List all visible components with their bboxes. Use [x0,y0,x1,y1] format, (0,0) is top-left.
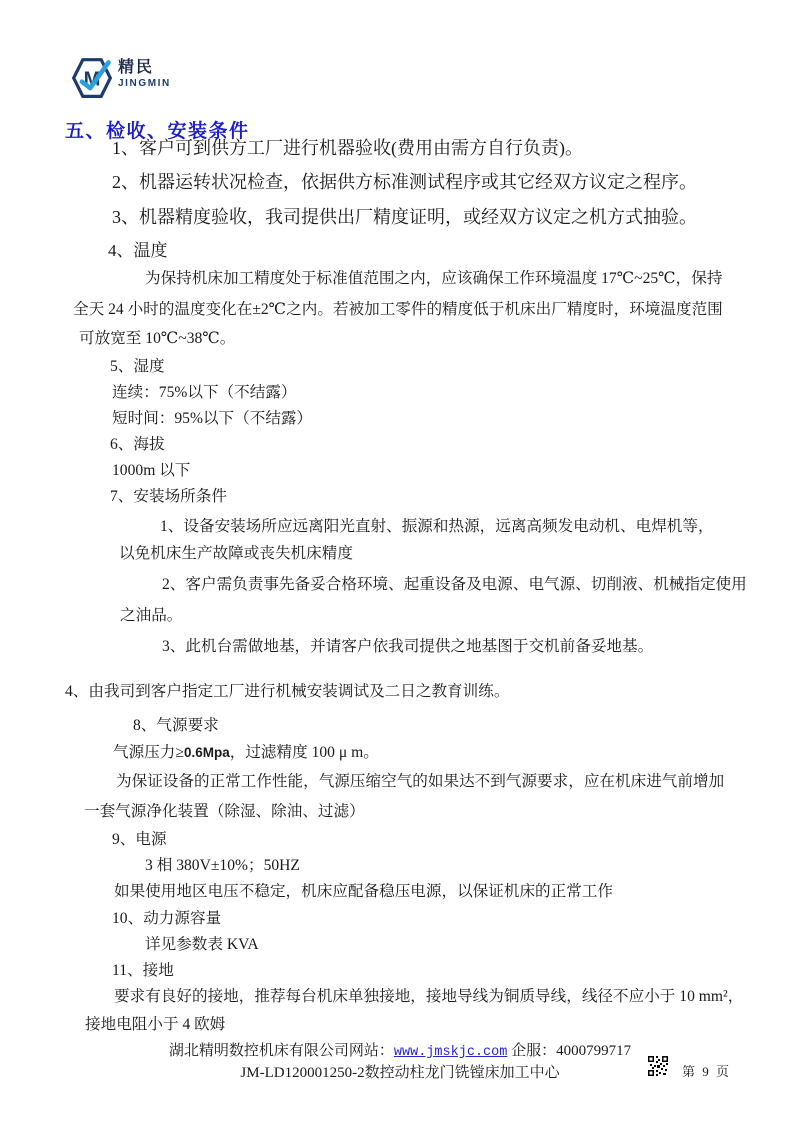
hexagon-m-logo-icon: M [70,56,114,100]
air-note-line-2: 一套气源净化装置（除湿、除油、过滤） [84,802,365,821]
air-pressure-suffix: ，过滤精度 100 μ m。 [230,744,379,761]
capacity-note-line: 详见参数表 KVA [145,935,259,954]
page-number: 第 9 页 [682,1061,731,1080]
logo-hanzi: 精民 [118,59,171,77]
site-item-1-line-2: 以免机床生产故障或丧失机床精度 [119,544,353,563]
document-page: M 精民 JINGMIN 五、检收、安装条件 1、客户可到供方工厂进行机器验收(… [0,0,800,1133]
grounding-heading: 11、接地 [112,961,174,980]
footer-company-text: 湖北精明数控机床有限公司网站： [169,1043,394,1059]
site-conditions-heading: 7、安装场所条件 [110,487,227,506]
air-pressure-value: 0.6Mpa [184,745,230,760]
site-item-1-line-1: 1、设备安装场所应远离阳光直射、振源和热源，远离高频发电动机、电焊机等， [160,517,714,536]
air-pressure-line: 气源压力≥0.6Mpa，过滤精度 100 μ m。 [113,743,379,762]
temperature-heading: 4、温度 [108,240,168,261]
grounding-line-2: 接地电阻小于 4 欧姆 [85,1015,225,1034]
power-heading: 9、电源 [112,830,167,849]
temperature-line-3: 可放宽至 10℃~38℃。 [79,329,235,348]
acceptance-item-2: 2、机器运转状况检查，依据供方标准测试程序或其它经双方议定之程序。 [112,171,697,194]
company-logo: M 精民 JINGMIN [70,56,171,100]
power-note-line: 如果使用地区电压不稳定，机床应配备稳压电源，以保证机床的正常工作 [114,882,613,901]
temperature-line-1: 为保持机床加工精度处于标准值范围之内，应该确保工作环境温度 17℃~25℃，保持 [145,269,722,288]
air-supply-heading: 8、气源要求 [133,716,219,735]
temperature-line-2: 全天 24 小时的温度变化在±2℃之内。若被加工零件的精度低于机床出厂精度时，环… [73,300,723,319]
site-item-3-line: 3、此机台需做地基，并请客户依我司提供之地基图于交机前备妥地基。 [162,637,653,656]
acceptance-item-1: 1、客户可到供方工厂进行机器验收(费用由需方自行负责)。 [112,137,583,160]
footer-service-text: 企服：4000799717 [507,1043,631,1059]
altitude-line: 1000m 以下 [112,461,190,480]
logo-latin: JINGMIN [118,77,171,90]
website-link[interactable]: www.jmskjc.com [394,1045,507,1060]
air-note-line-1: 为保证设备的正常工作性能，气源压缩空气的如果达不到气源要求，应在机床进气前增加 [116,772,724,791]
capacity-heading: 10、动力源容量 [112,909,221,928]
humidity-heading: 5、湿度 [110,357,165,376]
humidity-short-line: 短时间：95%以下（不结露） [112,409,312,428]
power-spec-line: 3 相 380V±10%；50HZ [145,856,300,875]
altitude-heading: 6、海拔 [110,435,165,454]
air-pressure-prefix: 气源压力≥ [113,744,184,761]
installation-training-line: 4、由我司到客户指定工厂进行机械安装调试及二日之教育训练。 [65,682,509,701]
site-item-2-line-2: 之油品。 [120,606,182,625]
footer-model-line: JM-LD120001250-2数控动柱龙门铣镗床加工中心 [0,1061,800,1082]
logo-text: 精民 JINGMIN [118,59,171,90]
qr-code-icon [648,1056,668,1076]
site-item-2-line-1: 2、客户需负责事先备妥合格环境、起重设备及电源、电气源、切削液、机械指定使用 [162,575,747,594]
acceptance-item-3: 3、机器精度验收，我司提供出厂精度证明，或经双方议定之机方式抽验。 [112,206,697,229]
footer-company-line: 湖北精明数控机床有限公司网站：www.jmskjc.com 企服：4000799… [0,1039,800,1060]
grounding-line-1: 要求有良好的接地，推荐每台机床单独接地，接地导线为铜质导线，线径不应小于 10 … [114,987,743,1006]
machine-model-text: JM-LD120001250-2数控动柱龙门铣镗床加工中心 [240,1065,559,1081]
humidity-continuous-line: 连续：75%以下（不结露） [112,383,297,402]
